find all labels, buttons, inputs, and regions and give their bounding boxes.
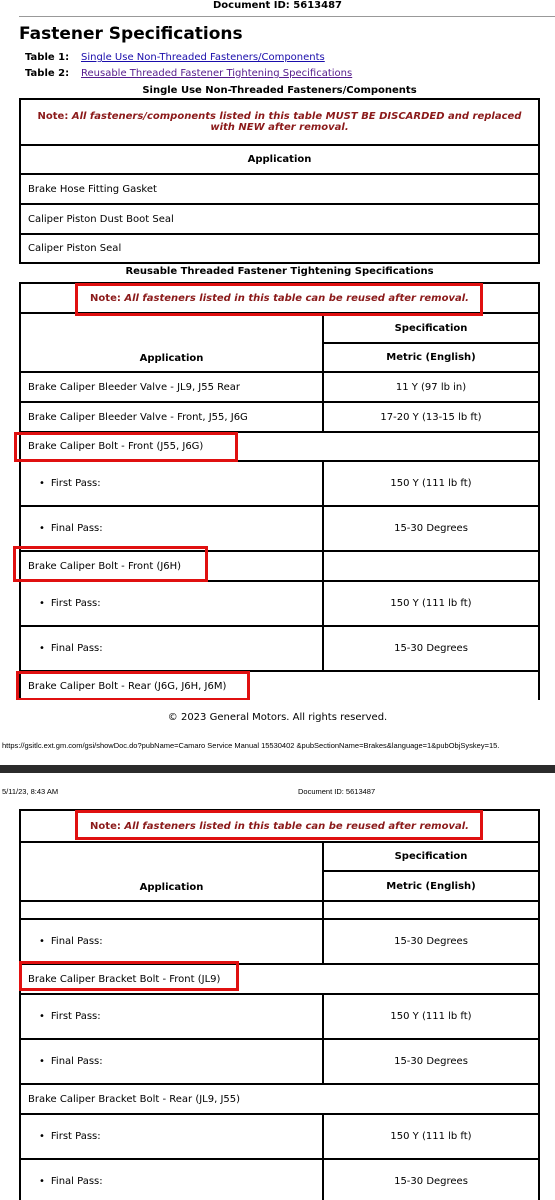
toc-link-table-1[interactable]: Single Use Non-Threaded Fasteners/Compon… bbox=[81, 52, 325, 63]
table-row-group: Brake Caliper Bracket Bolt - Front (JL9) bbox=[20, 964, 539, 994]
header-units: Metric (English) bbox=[323, 343, 539, 372]
table2-note: Note: All fasteners listed in this table… bbox=[20, 283, 539, 313]
table-row-application bbox=[20, 901, 323, 919]
table-row-spec: 150 Y (111 lb ft) bbox=[323, 461, 539, 506]
table-row-spec: 15-30 Degrees bbox=[323, 626, 539, 671]
toc-label: Table 1: bbox=[25, 51, 81, 64]
table-row-application: First Pass: bbox=[20, 994, 323, 1039]
header-units: Metric (English) bbox=[323, 871, 539, 901]
table-row-spec bbox=[323, 551, 539, 581]
table2-caption: Reusable Threaded Fastener Tightening Sp… bbox=[19, 266, 540, 278]
table1-note-text: All fasteners/components listed in this … bbox=[72, 111, 522, 133]
table-row-spec: 150 Y (111 lb ft) bbox=[323, 581, 539, 626]
table-row-group: Brake Caliper Bracket Bolt - Rear (JL9, … bbox=[20, 1084, 539, 1114]
reusable-fasteners-table-continued: Note: All fasteners listed in this table… bbox=[19, 809, 540, 1200]
table1-header-application: Application bbox=[20, 145, 539, 174]
table-row-spec: 11 Y (97 lb in) bbox=[323, 372, 539, 402]
table1-caption: Single Use Non-Threaded Fasteners/Compon… bbox=[19, 85, 540, 97]
table-row-application: Brake Caliper Bleeder Valve - Front, J55… bbox=[20, 402, 323, 432]
page-break bbox=[0, 765, 555, 773]
table2-note-text: All fasteners listed in this table can b… bbox=[124, 293, 469, 304]
document-id: Document ID: 5613487 bbox=[0, 0, 555, 11]
table-row-spec bbox=[323, 901, 539, 919]
table-row-application: Final Pass: bbox=[20, 919, 323, 964]
copyright: © 2023 General Motors. All rights reserv… bbox=[0, 711, 555, 724]
table-row-application: First Pass: bbox=[20, 461, 323, 506]
header-divider bbox=[19, 16, 555, 17]
table-row-spec: 15-30 Degrees bbox=[323, 1039, 539, 1084]
table2-note: Note: All fasteners listed in this table… bbox=[20, 810, 539, 842]
table-row-spec: 150 Y (111 lb ft) bbox=[323, 1114, 539, 1159]
print-timestamp: 5/11/23, 8:43 AM bbox=[2, 787, 58, 797]
page-title: Fastener Specifications bbox=[19, 22, 243, 46]
table-row-application: First Pass: bbox=[20, 581, 323, 626]
table-row-spec: 17-20 Y (13-15 lb ft) bbox=[323, 402, 539, 432]
toc-label: Table 2: bbox=[25, 67, 81, 80]
header-application: Application bbox=[20, 313, 323, 372]
toc-entry-table-2: Table 2:Reusable Threaded Fastener Tight… bbox=[25, 67, 352, 80]
table1-note: Note: All fasteners/components listed in… bbox=[20, 99, 539, 145]
table-row-application: Final Pass: bbox=[20, 1039, 323, 1084]
table-row-application: Final Pass: bbox=[20, 1159, 323, 1200]
table-row-spec: 15-30 Degrees bbox=[323, 1159, 539, 1200]
table-row-group: Brake Caliper Bolt - Front (J6H) bbox=[20, 551, 323, 581]
table-row-spec: 15-30 Degrees bbox=[323, 919, 539, 964]
reusable-fasteners-table: Note: All fasteners listed in this table… bbox=[19, 282, 540, 711]
table-row: Brake Hose Fitting Gasket bbox=[20, 174, 539, 204]
toc-link-table-2[interactable]: Reusable Threaded Fastener Tightening Sp… bbox=[81, 68, 352, 79]
table-row-application: First Pass: bbox=[20, 1114, 323, 1159]
table-row-application: Brake Caliper Bleeder Valve - JL9, J55 R… bbox=[20, 372, 323, 402]
single-use-fasteners-table: Note: All fasteners/components listed in… bbox=[19, 98, 540, 264]
table2-note-text: All fasteners listed in this table can b… bbox=[124, 821, 469, 832]
table-row-application: Final Pass: bbox=[20, 506, 323, 551]
header-specification: Specification bbox=[323, 313, 539, 343]
table-row: Caliper Piston Dust Boot Seal bbox=[20, 204, 539, 234]
table-row-spec: 150 Y (111 lb ft) bbox=[323, 994, 539, 1039]
table-row-application: Final Pass: bbox=[20, 626, 323, 671]
header-application: Application bbox=[20, 842, 323, 901]
toc-entry-table-1: Table 1:Single Use Non-Threaded Fastener… bbox=[25, 51, 325, 64]
page-url: https://gsitlc.ext.gm.com/gsi/showDoc.do… bbox=[2, 741, 499, 751]
document-id-page2: Document ID: 5613487 bbox=[298, 787, 375, 797]
table-row-spec: 15-30 Degrees bbox=[323, 506, 539, 551]
header-specification: Specification bbox=[323, 842, 539, 871]
table-row-group: Brake Caliper Bolt - Front (J55, J6G) bbox=[20, 432, 539, 461]
table-row: Caliper Piston Seal bbox=[20, 234, 539, 263]
table-row-group: Brake Caliper Bolt - Rear (J6G, J6H, J6M… bbox=[20, 671, 539, 701]
